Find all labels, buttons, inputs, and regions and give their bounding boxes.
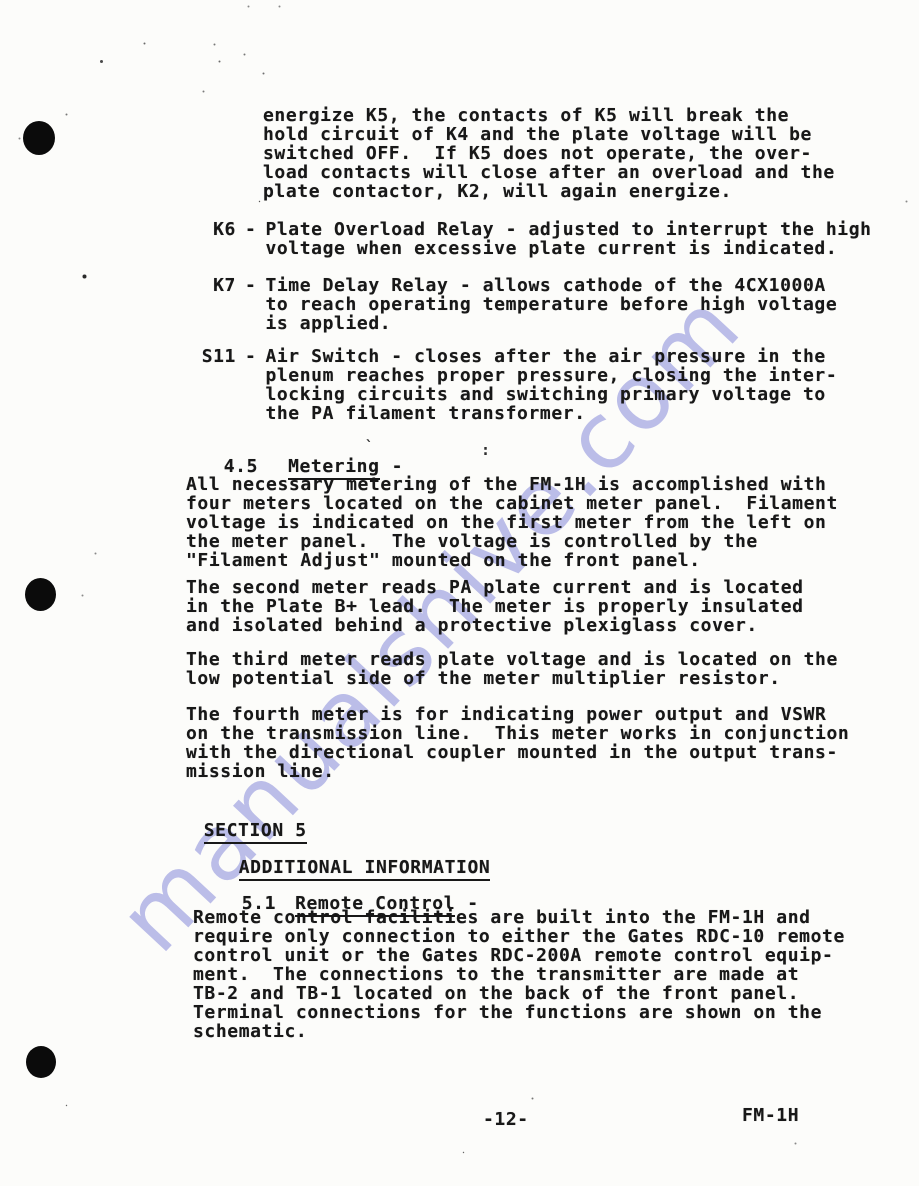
switch-separator: - — [245, 347, 256, 366]
remote-control-paragraph: Remote control facilities are built into… — [193, 908, 845, 1041]
relay-description: Plate Overload Relay - adjusted to inter… — [265, 220, 871, 258]
hole-punch-mark — [23, 121, 55, 155]
metering-paragraph-2: The second meter reads PA plate current … — [186, 578, 804, 635]
scan-speck-noise — [100, 60, 103, 63]
relay-label: K7 — [196, 276, 236, 295]
stray-colon-mark: : — [481, 441, 491, 460]
stray-tick-mark: ` — [365, 438, 374, 457]
scanned-manual-page: manualshive.com energize K5, the contact… — [0, 0, 919, 1186]
relay-separator: - — [245, 276, 256, 295]
page-number: -12- — [483, 1110, 529, 1129]
k5-continuation-paragraph: energize K5, the contacts of K5 will bre… — [263, 106, 835, 201]
relay-label: K6 — [196, 220, 236, 239]
relay-item-k7: K7 - Time Delay Relay - allows cathode o… — [196, 276, 837, 333]
metering-paragraph-1: All necessary metering of the FM-1H is a… — [186, 475, 838, 570]
relay-item-k6: K6 - Plate Overload Relay - adjusted to … — [196, 220, 872, 258]
hole-punch-mark — [25, 578, 56, 611]
metering-paragraph-4: The fourth meter is for indicating power… — [186, 705, 849, 781]
document-code: FM-1H — [742, 1106, 799, 1125]
switch-item-s11: S11 - Air Switch - closes after the air … — [196, 347, 837, 423]
metering-paragraph-3: The third meter reads plate voltage and … — [186, 650, 838, 688]
relay-description: Time Delay Relay - allows cathode of the… — [265, 276, 837, 333]
switch-description: Air Switch - closes after the air pressu… — [265, 347, 837, 423]
relay-separator: - — [245, 220, 256, 239]
switch-label: S11 — [196, 347, 236, 366]
hole-punch-mark — [26, 1046, 56, 1078]
